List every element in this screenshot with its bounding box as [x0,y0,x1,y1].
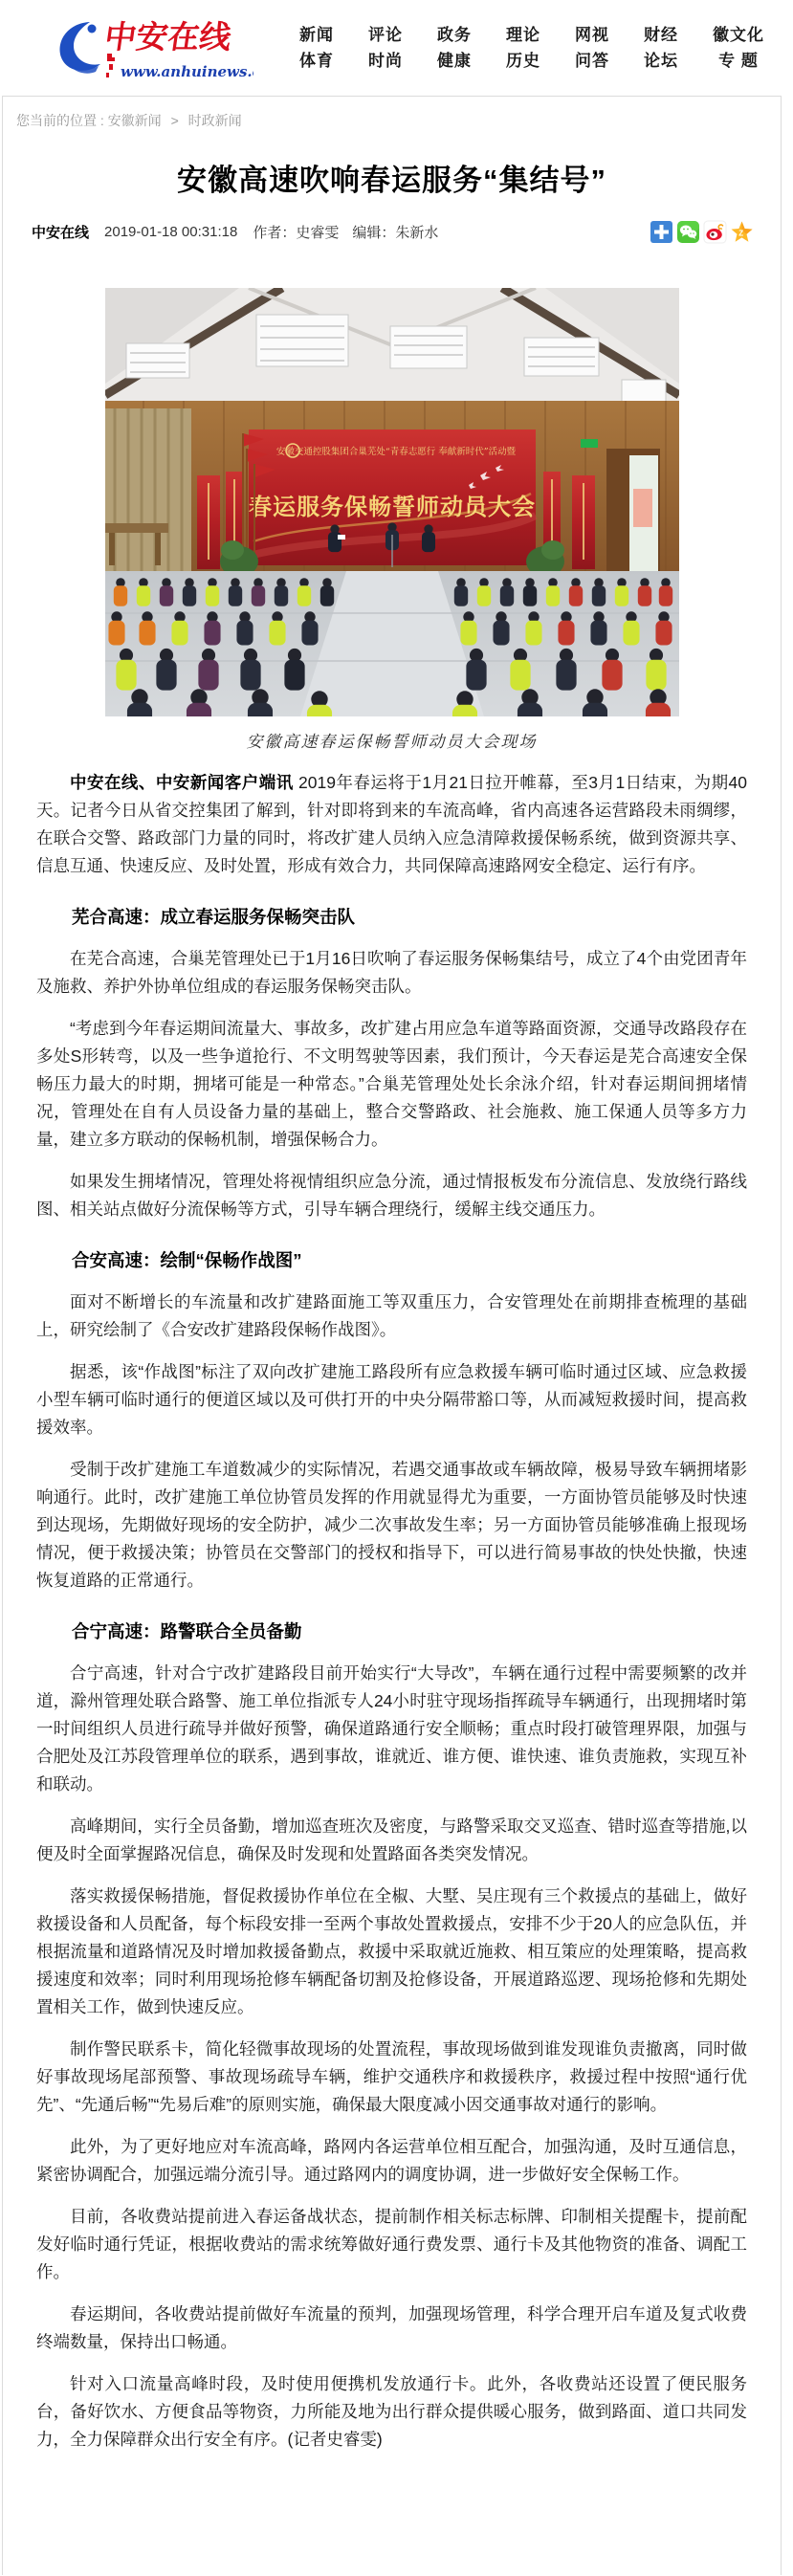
paragraph: 针对入口流量高峰时段，及时使用便携机发放通行卡。此外，各收费站还设置了便民服务台… [36,2370,747,2454]
nav-link-gov[interactable]: 政务 [437,26,472,45]
meta-source: 中安在线 [32,222,89,242]
paragraph: 此外，为了更好地应对车流高峰，路网内各运营单位相互配合，加强沟通，及时互通信息，… [36,2133,747,2189]
nav-link-health[interactable]: 健康 [437,52,472,71]
svg-text:Z: Z [738,230,743,238]
nav-cell-video-qa: 网视 问答 [575,26,609,71]
nav-link-finance[interactable]: 财经 [644,26,678,45]
wechat-share-icon[interactable] [676,220,700,244]
nav-cell-gov-health: 政务 健康 [437,26,472,71]
article-photo: 安徽交通控股集团合巢芜处“青春志愿行 奉献新时代”活动暨 春运服务保畅誓师动员大… [105,288,679,752]
nav-cell-huiculture-special: 徽文化 专 题 [713,26,764,71]
section-header: 合安高速：绘制“保畅作战图” [36,1246,747,1274]
section-header: 合宁高速：路警联合全员备勤 [36,1618,747,1645]
nav-cell-news-sports: 新闻 体育 [299,26,334,71]
breadcrumb: 您当前的位置 : 安徽新闻 > 时政新闻 [3,97,781,136]
nav-link-qa[interactable]: 问答 [575,52,609,71]
breadcrumb-separator: > [171,113,179,128]
article-title: 安徽高速吹响春运服务“集结号” [47,161,737,201]
qzone-share-icon[interactable]: Z [730,220,754,244]
logo-url-text: www.anhuinews.com [121,63,253,80]
main-nav: 新闻 体育 评论 时尚 政务 健康 理论 历史 网视 问答 财经 论坛 徽文化 … [299,26,764,71]
logo-swoosh-icon [60,22,100,74]
share-bar: Z [650,220,754,244]
breadcrumb-link-anhui-news[interactable]: 安徽新闻 [108,113,162,128]
paragraph: 落实救援保畅措施，督促救援协作单位在全椒、大墅、吴庄现有三个救援点的基础上，做好… [36,1882,747,2021]
breadcrumb-prefix: 您当前的位置 : [16,113,104,128]
breadcrumb-link-politics-news[interactable]: 时政新闻 [188,113,242,128]
paragraph: 高峰期间，实行全员备勤，增加巡查班次及密度，与路警采取交叉巡查、错时巡查等措施,… [36,1813,747,1868]
paragraph-lead: 中安在线、中安新闻客户端讯 [70,773,294,792]
section-header: 芜合高速：成立春运服务保畅突击队 [36,903,747,931]
meta-datetime: 2019-01-18 00:31:18 [104,224,237,240]
meta-editor: 编辑：朱新水 [352,222,438,242]
nav-link-special[interactable]: 专 题 [713,52,764,71]
paragraph: 目前，各收费站提前进入春运备战状态，提前制作相关标志标牌、印制相关提醒卡，提前配… [36,2203,747,2286]
meta-author: 作者：史睿雯 [253,222,339,242]
paragraph: 面对不断增长的车流量和改扩建路面施工等双重压力，合安管理处在前期排查梳理的基础上… [36,1288,747,1344]
nav-cell-comment-fashion: 评论 时尚 [368,26,403,71]
banner-title: 春运服务保畅誓师动员大会 [249,493,536,520]
site-header: 中安在线 www.anhuinews.com 新闻 体育 评论 时尚 政务 健康… [0,0,793,96]
nav-link-sports[interactable]: 体育 [299,52,334,71]
paragraph: 合宁高速，针对合宁改扩建路段目前开始实行“大导改”，车辆在通行过程中需要频繁的改… [36,1660,747,1798]
paragraph: 中安在线、中安新闻客户端讯 2019年春运将于1月21日拉开帷幕，至3月1日结束… [36,769,747,880]
paragraph: 受制于改扩建施工车道数减少的实际情况，若遇交通事故或车辆故障，极易导致车辆拥堵影… [36,1456,747,1595]
nav-link-theory[interactable]: 理论 [506,26,540,45]
photo-caption: 安徽高速春运保畅誓师动员大会现场 [105,728,679,752]
nav-link-comment[interactable]: 评论 [368,26,403,45]
nav-link-video[interactable]: 网视 [575,26,609,45]
paragraph: 制作警民联系卡，简化轻微事故现场的处置流程，事故现场做到谁发现谁负责撤离，同时做… [36,2036,747,2119]
paragraph: 如果发生拥堵情况，管理处将视情组织应急分流，通过情报板发布分流信息、发放绕行路线… [36,1168,747,1223]
exit-sign [581,439,598,448]
paragraph: 春运期间，各收费站提前做好车流量的预判，加强现场管理，科学合理开启车道及复式收费… [36,2301,747,2356]
logo-speckles [106,54,115,77]
nav-link-fashion[interactable]: 时尚 [368,52,403,71]
article-body: 中安在线、中安新闻客户端讯 2019年春运将于1月21日拉开帷幕，至3月1日结束… [36,769,747,2454]
nav-cell-theory-history: 理论 历史 [506,26,540,71]
weibo-share-icon[interactable] [703,220,727,244]
nav-link-news[interactable]: 新闻 [299,26,334,45]
paragraph: “考虑到今年春运期间流量大、事故多，改扩建占用应急车道等路面资源，交通导改路段存… [36,1015,747,1154]
paragraph: 据悉，该“作战图”标注了双向改扩建施工路段所有应急救援车辆可临时通过区域、应急救… [36,1358,747,1442]
nav-link-forum[interactable]: 论坛 [644,52,678,71]
article-meta: 中安在线 2019-01-18 00:31:18 作者：史睿雯 编辑：朱新水 [32,220,754,244]
nav-cell-finance-forum: 财经 论坛 [644,26,678,71]
paragraph: 在芜合高速，合巢芜管理处已于1月16日吹响了春运服务保畅集结号，成立了4个由党团… [36,945,747,1001]
nav-link-huiculture[interactable]: 徽文化 [713,26,764,45]
content-box: 您当前的位置 : 安徽新闻 > 时政新闻 安徽高速吹响春运服务“集结号” 中安在… [2,96,782,2575]
site-logo[interactable]: 中安在线 www.anhuinews.com [48,11,253,84]
banner-subtitle: 安徽交通控股集团合巢芜处“青春志愿行 奉献新时代”活动暨 [275,446,516,457]
logo-brand-text: 中安在线 [102,18,234,55]
nav-link-history[interactable]: 历史 [506,52,540,71]
share-more-icon[interactable] [650,220,673,244]
